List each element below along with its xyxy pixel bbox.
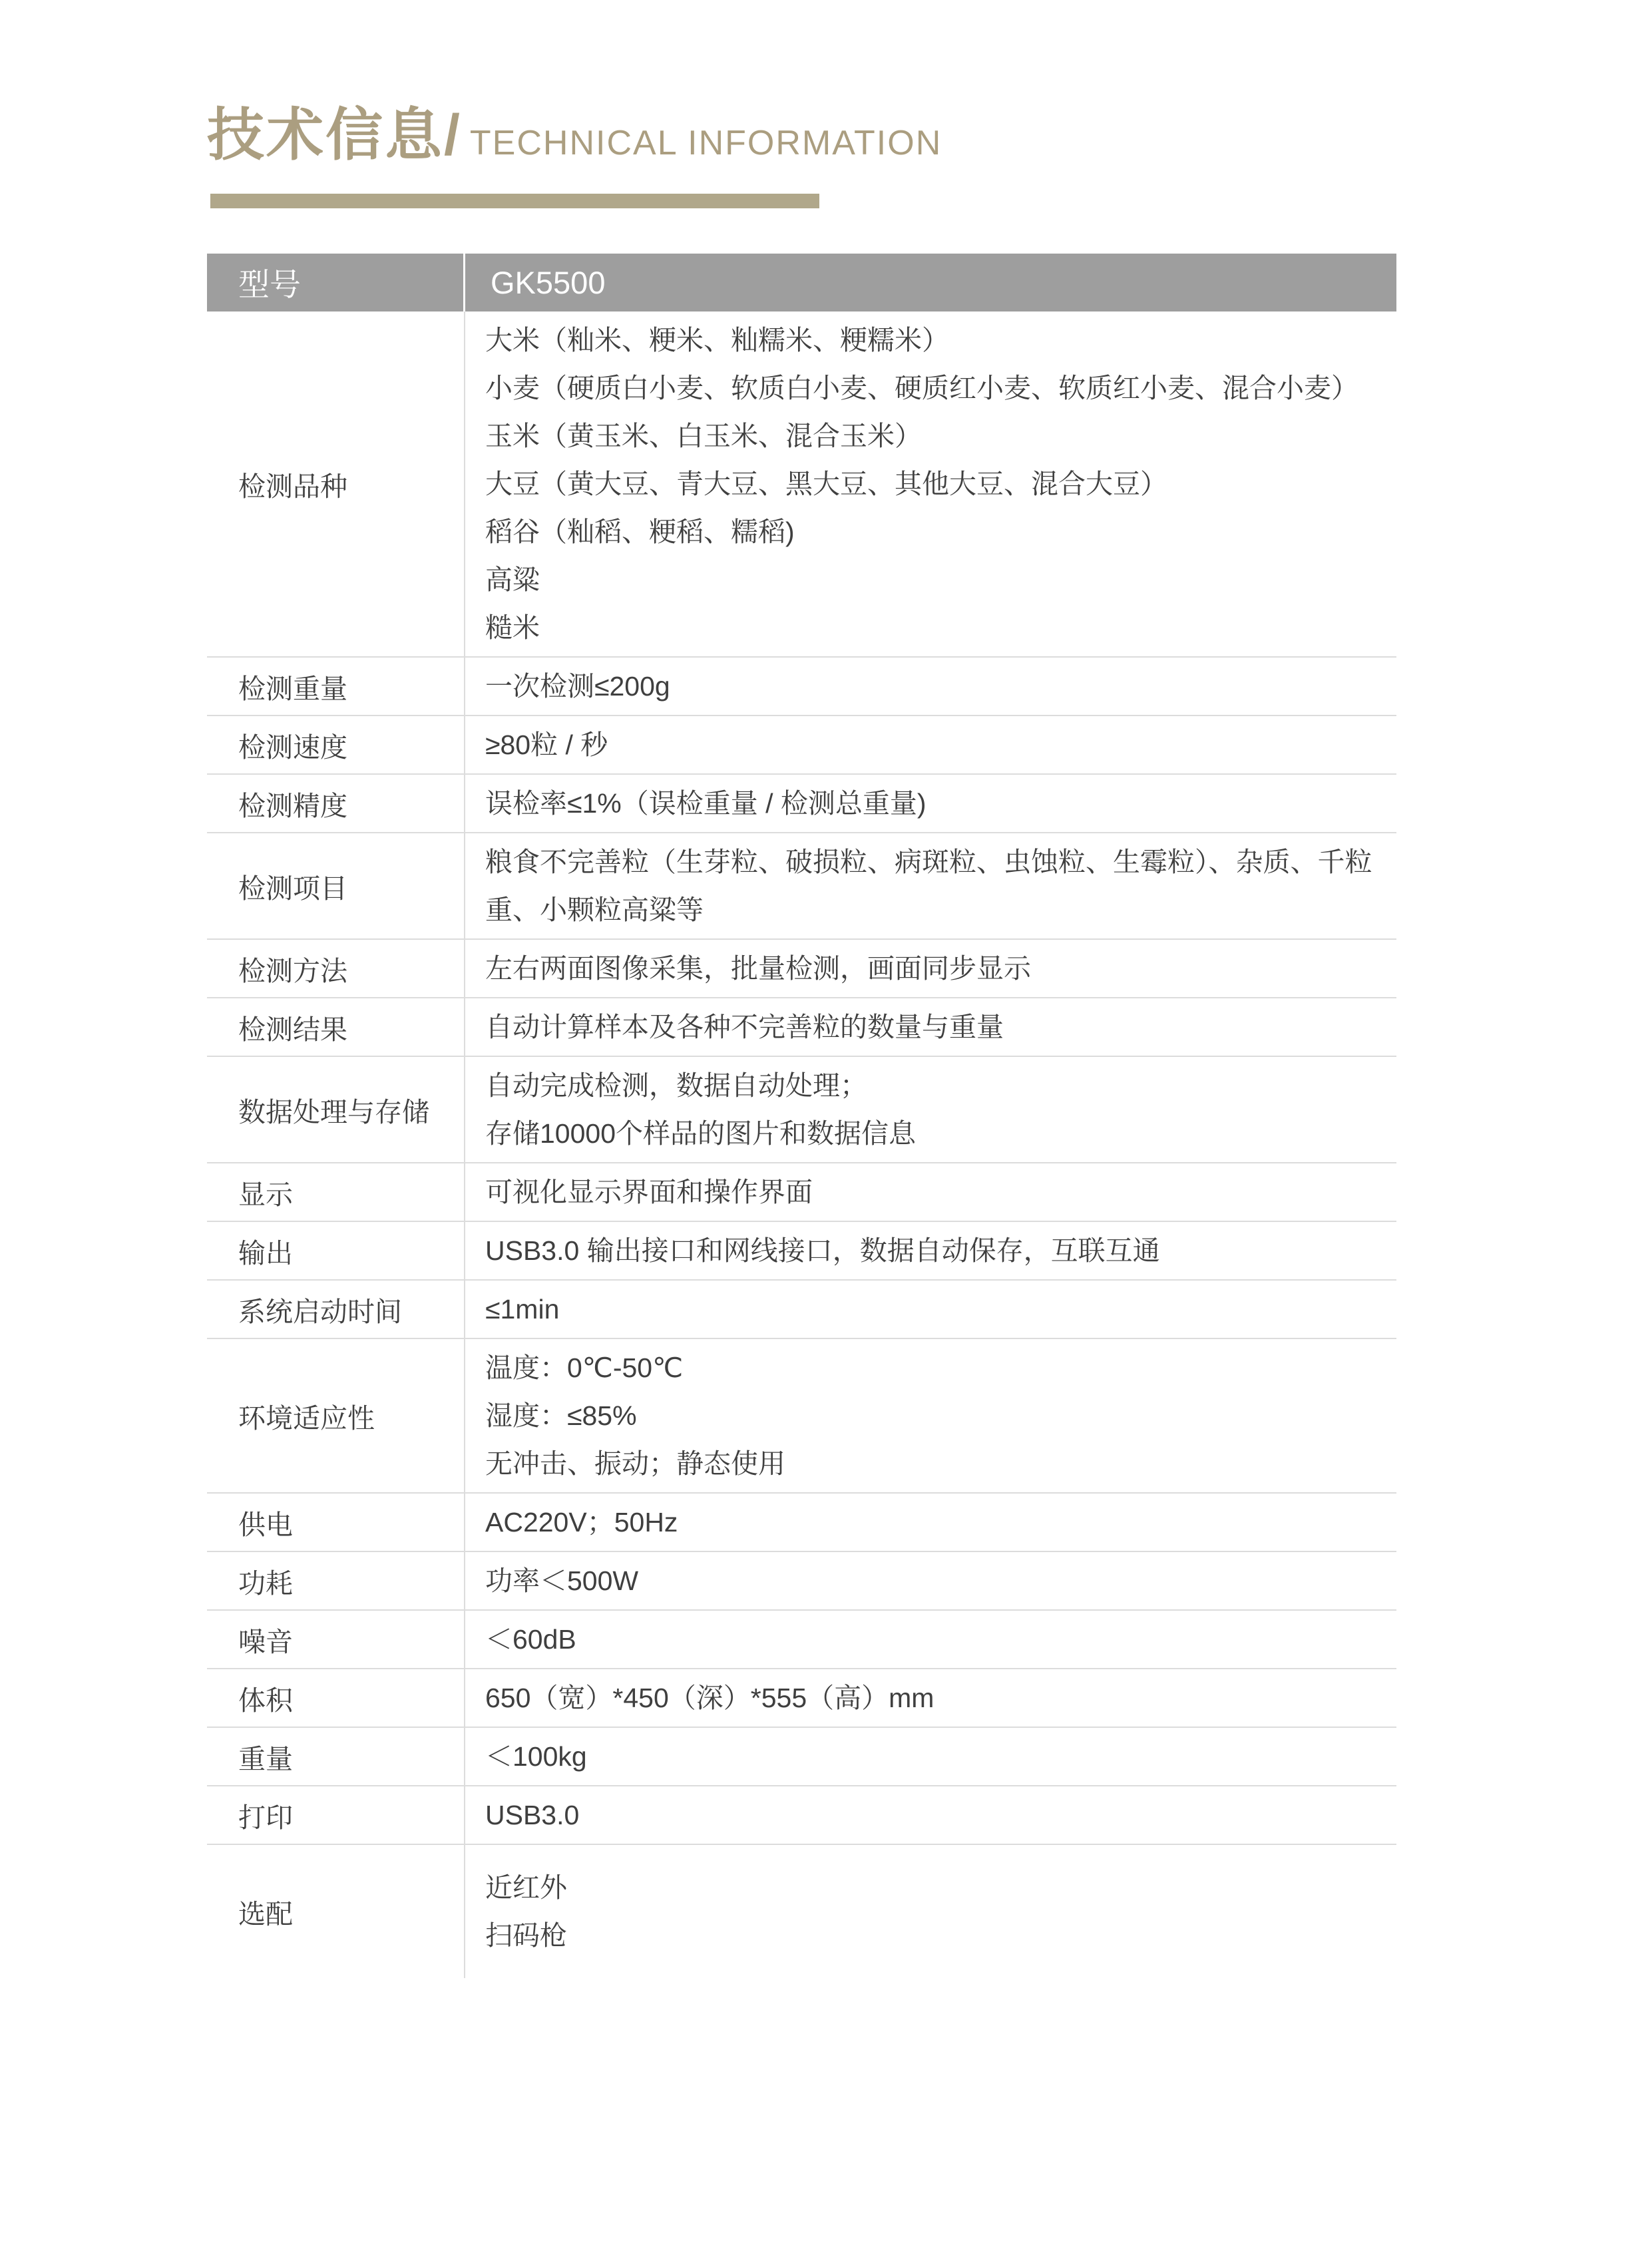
page-title: 技术信息/ TECHNICAL INFORMATION xyxy=(207,106,942,164)
spec-table: 型号 GK5500 检测品种大米（籼米、粳米、籼糯米、粳糯米）小麦（硬质白小麦、… xyxy=(207,254,1396,1978)
spec-value-line: 稻谷（籼稻、粳稻、糯稻) xyxy=(485,508,1396,556)
spec-value-line: 糙米 xyxy=(485,604,1396,652)
table-row: 输出USB3.0 输出接口和网线接口，数据自动保存，互联互通 xyxy=(207,1221,1396,1279)
table-row: 检测重量一次检测≤200g xyxy=(207,656,1396,715)
spec-value: 自动完成检测，数据自动处理；存储10000个样品的图片和数据信息 xyxy=(465,1057,1396,1162)
spec-value: ＜100kg xyxy=(465,1728,1396,1785)
spec-value: 一次检测≤200g xyxy=(465,658,1396,715)
spec-value-line: USB3.0 输出接口和网线接口，数据自动保存，互联互通 xyxy=(485,1227,1396,1275)
table-row: 环境适应性温度：0℃-50℃湿度：≤85%无冲击、振动；静态使用 xyxy=(207,1338,1396,1492)
spec-value: 误检率≤1%（误检重量 / 检测总重量) xyxy=(465,775,1396,832)
spec-value: 粮食不完善粒（生芽粒、破损粒、病斑粒、虫蚀粒、生霉粒）、杂质、千粒重、小颗粒高粱… xyxy=(465,833,1396,938)
spec-value-line: 湿度：≤85% xyxy=(485,1392,1396,1440)
spec-value: ≥80粒 / 秒 xyxy=(465,716,1396,773)
table-row: 噪音＜60dB xyxy=(207,1609,1396,1668)
spec-value-line: 自动计算样本及各种不完善粒的数量与重量 xyxy=(485,1003,1396,1051)
table-row: 检测项目粮食不完善粒（生芽粒、破损粒、病斑粒、虫蚀粒、生霉粒）、杂质、千粒重、小… xyxy=(207,832,1396,938)
table-row: 检测精度误检率≤1%（误检重量 / 检测总重量) xyxy=(207,773,1396,832)
table-row: 功耗功率＜500W xyxy=(207,1551,1396,1609)
spec-value-line: ＜60dB xyxy=(485,1615,1396,1663)
spec-label: 噪音 xyxy=(207,1611,465,1668)
spec-value: ≤1min xyxy=(465,1281,1396,1338)
spec-value-line: 大豆（黄大豆、青大豆、黑大豆、其他大豆、混合大豆） xyxy=(485,460,1396,508)
spec-value-line: 650（宽）*450（深）*555（高）mm xyxy=(485,1674,1396,1722)
spec-label: 数据处理与存储 xyxy=(207,1057,465,1162)
spec-label: 环境适应性 xyxy=(207,1339,465,1492)
spec-value: ＜60dB xyxy=(465,1611,1396,1668)
spec-value-line: 误检率≤1%（误检重量 / 检测总重量) xyxy=(485,779,1396,827)
spec-value-line: 近红外 xyxy=(485,1864,1396,1912)
spec-value-line: 粮食不完善粒（生芽粒、破损粒、病斑粒、虫蚀粒、生霉粒）、杂质、千粒 xyxy=(485,838,1396,886)
table-row: 选配近红外扫码枪 xyxy=(207,1844,1396,1978)
spec-value: AC220V；50Hz xyxy=(465,1494,1396,1551)
table-row: 检测速度≥80粒 / 秒 xyxy=(207,715,1396,773)
spec-value: 可视化显示界面和操作界面 xyxy=(465,1163,1396,1221)
table-row: 显示可视化显示界面和操作界面 xyxy=(207,1162,1396,1221)
spec-label: 检测方法 xyxy=(207,940,465,997)
spec-label: 检测项目 xyxy=(207,833,465,938)
spec-value: USB3.0 输出接口和网线接口，数据自动保存，互联互通 xyxy=(465,1222,1396,1279)
spec-value-line: 重、小颗粒高粱等 xyxy=(485,886,1396,934)
spec-label: 系统启动时间 xyxy=(207,1281,465,1338)
spec-value-line: AC220V；50Hz xyxy=(485,1498,1396,1546)
spec-value: 650（宽）*450（深）*555（高）mm xyxy=(465,1669,1396,1727)
spec-value-line: 大米（籼米、粳米、籼糯米、粳糯米） xyxy=(485,316,1396,364)
spec-value-line: ≥80粒 / 秒 xyxy=(485,721,1396,769)
spec-value: 功率＜500W xyxy=(465,1552,1396,1609)
spec-value: 温度：0℃-50℃湿度：≤85%无冲击、振动；静态使用 xyxy=(465,1339,1396,1492)
table-row: 检测品种大米（籼米、粳米、籼糯米、粳糯米）小麦（硬质白小麦、软质白小麦、硬质红小… xyxy=(207,311,1396,656)
title-underline-bar xyxy=(210,194,819,208)
spec-value-line: 存储10000个样品的图片和数据信息 xyxy=(485,1110,1396,1157)
spec-value: USB3.0 xyxy=(465,1786,1396,1844)
table-row: 体积650（宽）*450（深）*555（高）mm xyxy=(207,1668,1396,1727)
spec-label: 检测速度 xyxy=(207,716,465,773)
spec-value-line: 扫码枪 xyxy=(485,1912,1396,1959)
spec-value-line: 功率＜500W xyxy=(485,1557,1396,1605)
spec-label: 显示 xyxy=(207,1163,465,1221)
spec-value-line: USB3.0 xyxy=(485,1791,1396,1839)
spec-value-line: 可视化显示界面和操作界面 xyxy=(485,1168,1396,1216)
spec-label: 检测结果 xyxy=(207,998,465,1056)
spec-value-line: ＜100kg xyxy=(485,1732,1396,1780)
spec-label: 打印 xyxy=(207,1786,465,1844)
spec-label: 体积 xyxy=(207,1669,465,1727)
spec-table-header-value: GK5500 xyxy=(465,254,1396,311)
spec-label: 检测品种 xyxy=(207,311,465,656)
spec-label: 输出 xyxy=(207,1222,465,1279)
table-row: 打印USB3.0 xyxy=(207,1785,1396,1844)
table-row: 重量＜100kg xyxy=(207,1727,1396,1785)
page-title-zh: 技术信息/ xyxy=(207,106,462,164)
spec-value-line: 小麦（硬质白小麦、软质白小麦、硬质红小麦、软质红小麦、混合小麦） xyxy=(485,364,1396,412)
spec-label: 供电 xyxy=(207,1494,465,1551)
spec-label: 检测重量 xyxy=(207,658,465,715)
spec-value: 大米（籼米、粳米、籼糯米、粳糯米）小麦（硬质白小麦、软质白小麦、硬质红小麦、软质… xyxy=(465,311,1396,656)
table-row: 检测结果自动计算样本及各种不完善粒的数量与重量 xyxy=(207,997,1396,1056)
spec-label: 重量 xyxy=(207,1728,465,1785)
spec-value-line: 温度：0℃-50℃ xyxy=(485,1344,1396,1392)
spec-value-line: 自动完成检测，数据自动处理； xyxy=(485,1062,1396,1110)
page-title-en: TECHNICAL INFORMATION xyxy=(470,126,942,160)
spec-table-body: 检测品种大米（籼米、粳米、籼糯米、粳糯米）小麦（硬质白小麦、软质白小麦、硬质红小… xyxy=(207,311,1396,1978)
spec-label: 功耗 xyxy=(207,1552,465,1609)
table-row: 检测方法左右两面图像采集，批量检测，画面同步显示 xyxy=(207,938,1396,997)
spec-value: 自动计算样本及各种不完善粒的数量与重量 xyxy=(465,998,1396,1056)
table-row: 数据处理与存储自动完成检测，数据自动处理；存储10000个样品的图片和数据信息 xyxy=(207,1056,1396,1162)
spec-label: 检测精度 xyxy=(207,775,465,832)
spec-value-line: 无冲击、振动；静态使用 xyxy=(485,1440,1396,1488)
table-row: 系统启动时间≤1min xyxy=(207,1279,1396,1338)
spec-label: 选配 xyxy=(207,1845,465,1978)
spec-value-line: 玉米（黄玉米、白玉米、混合玉米） xyxy=(485,412,1396,460)
spec-table-header-label: 型号 xyxy=(207,254,465,311)
spec-table-header-row: 型号 GK5500 xyxy=(207,254,1396,311)
spec-value: 近红外扫码枪 xyxy=(465,1845,1396,1978)
spec-value: 左右两面图像采集，批量检测，画面同步显示 xyxy=(465,940,1396,997)
spec-value-line: 一次检测≤200g xyxy=(485,662,1396,710)
spec-value-line: 左右两面图像采集，批量检测，画面同步显示 xyxy=(485,944,1396,992)
spec-value-line: 高粱 xyxy=(485,556,1396,604)
table-row: 供电AC220V；50Hz xyxy=(207,1492,1396,1551)
spec-value-line: ≤1min xyxy=(485,1285,1396,1333)
